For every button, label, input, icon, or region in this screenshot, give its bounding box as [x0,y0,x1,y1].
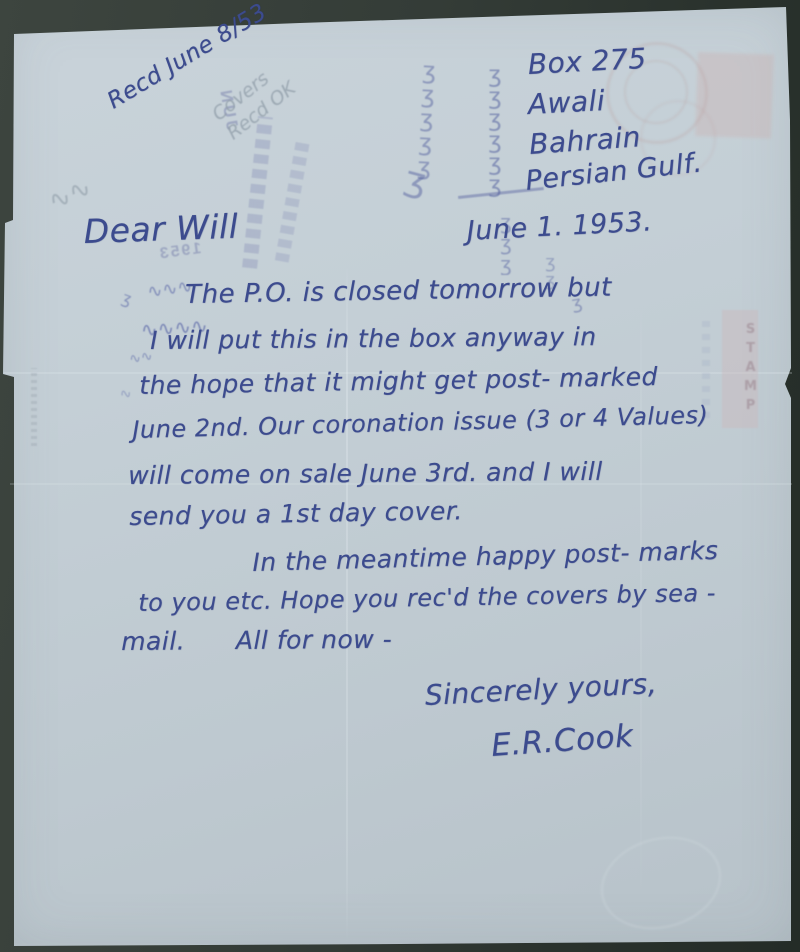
body-line-2: I will put this in the box anyway in [150,322,597,355]
body-line-6: send you a 1st day cover. [129,496,463,531]
stamp-ghost-band: STAMP [722,310,758,428]
salutation: Dear Will [83,207,239,251]
body-line-5: will come on sale June 3rd. and I will [128,457,603,490]
photograph-background: STAMP JUN 1953 ʒʒʒʒʒ Ʒ ʒʒʒʒʒʒ ʒʒʒ ʒʒ ʒ ∿… [0,0,800,952]
stamp-ghost-rectangle [695,52,774,139]
ink-bleed-squiggle-column-b: ʒʒʒʒʒʒ [482,62,508,194]
body-line-9: mail. All for now - [121,625,392,656]
address-line-box: Box 275 [527,42,647,81]
edge-watermark-marks [31,368,37,446]
address-line-awali: Awali [527,84,606,121]
